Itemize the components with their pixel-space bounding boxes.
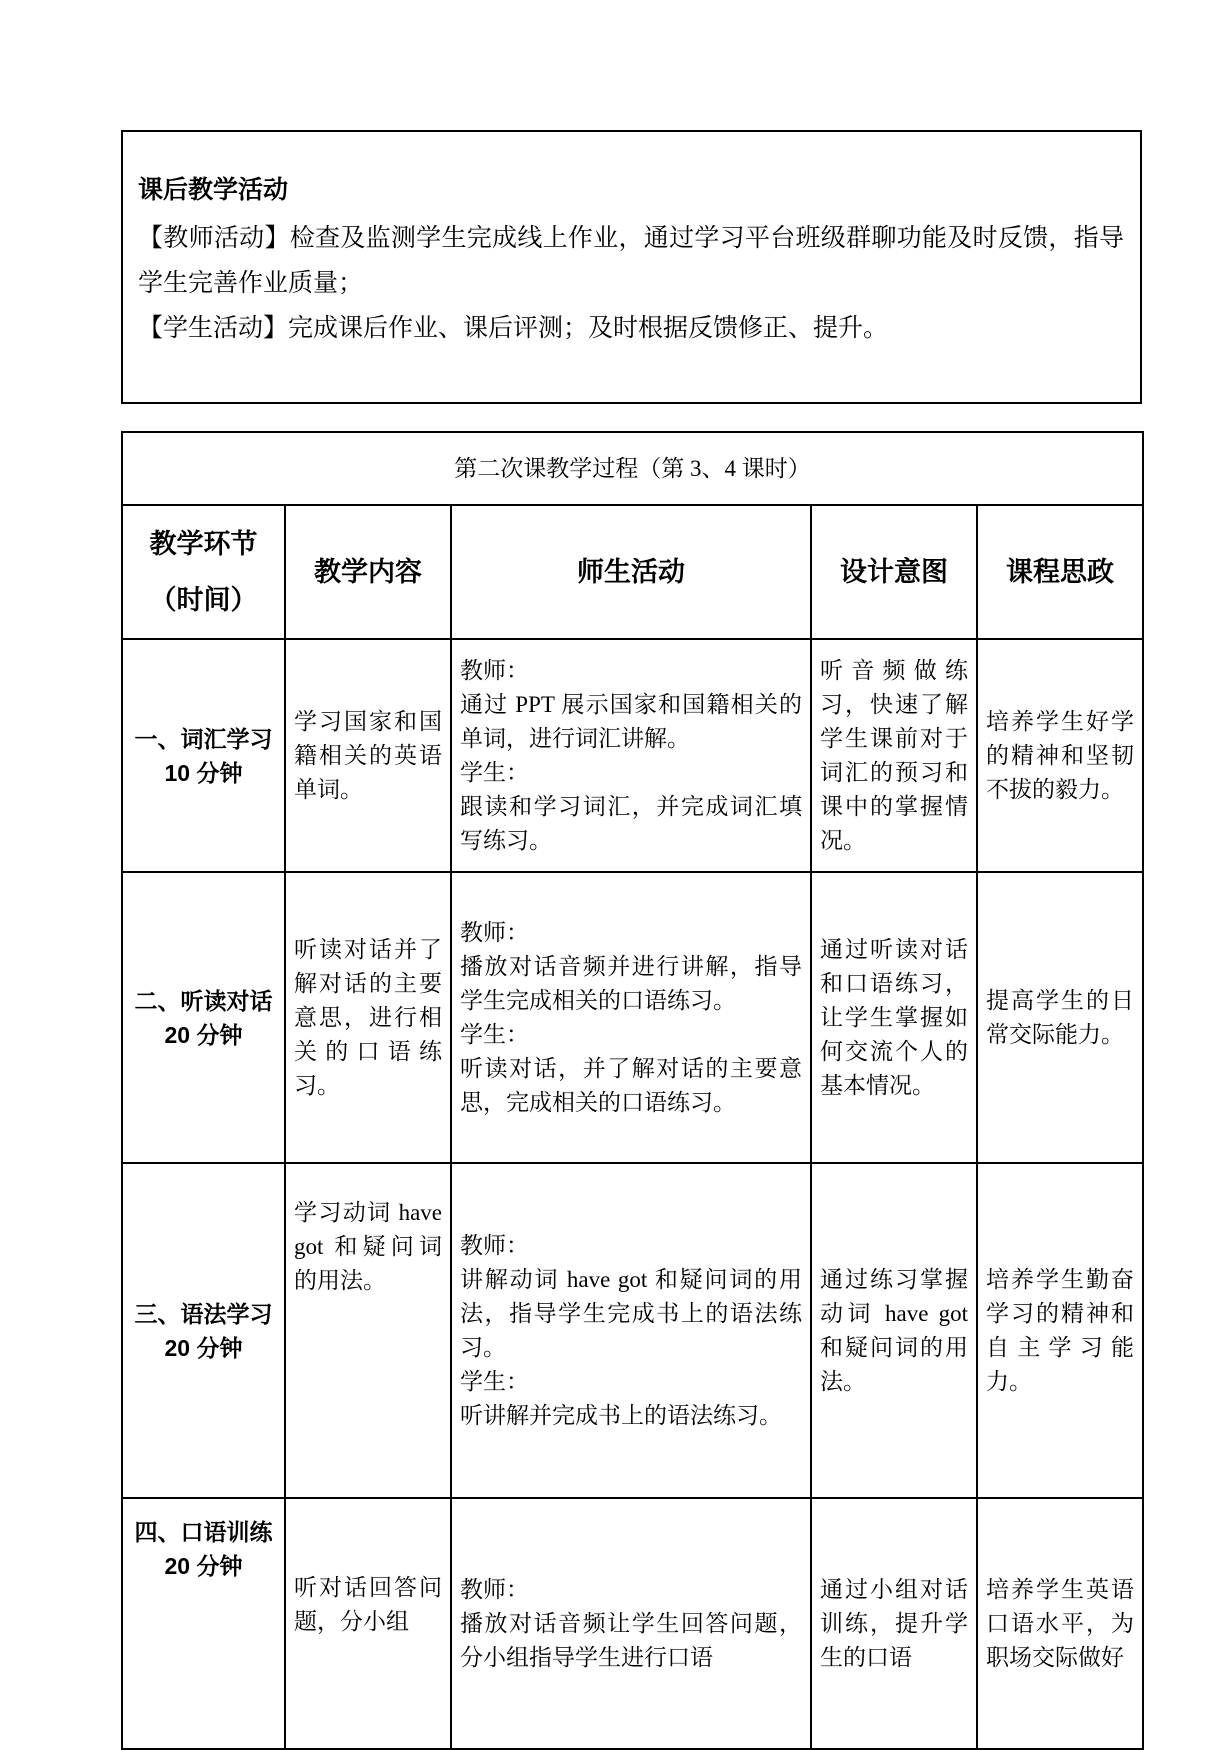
ideology-cell: 提高学生的日常交际能力。 xyxy=(977,872,1143,1163)
header-ideology: 课程思政 xyxy=(977,505,1143,639)
content-cell: 学习动词 have got 和疑问词的用法。 xyxy=(285,1163,451,1498)
table-title-row: 第二次课教学过程（第 3、4 课时） xyxy=(122,432,1143,505)
student-text: 跟读和学习词汇，并完成词汇填写练习。 xyxy=(460,790,802,858)
stage-duration: 20 分钟 xyxy=(131,1549,276,1583)
ideology-cell: 培养学生英语口语水平，为职场交际做好 xyxy=(977,1498,1143,1749)
intent-cell: 听音频做练习，快速了解学生课前对于词汇的预习和课中的掌握情况。 xyxy=(811,639,977,872)
ideology-cell: 培养学生勤奋学习的精神和自主学习能力。 xyxy=(977,1163,1143,1498)
intent-cell: 通过练习掌握动词 have got 和疑问词的用法。 xyxy=(811,1163,977,1498)
stage-name: 一、词汇学习 xyxy=(131,722,276,756)
stage-duration: 10 分钟 xyxy=(131,756,276,790)
student-label: 学生： xyxy=(460,756,802,790)
post-class-activity-box: 课后教学活动 【教师活动】检查及监测学生完成线上作业，通过学习平台班级群聊功能及… xyxy=(121,130,1142,404)
table-header-row: 教学环节 （时间） 教学内容 师生活动 设计意图 课程思政 xyxy=(122,505,1143,639)
table-row: 四、口语训练 20 分钟 听对话回答问题，分小组 教师： 播放对话音频让学生回答… xyxy=(122,1498,1143,1749)
header-stage: 教学环节 （时间） xyxy=(122,505,285,639)
student-label: 学生： xyxy=(460,1365,802,1399)
student-label: 学生： xyxy=(460,1018,802,1052)
stage-duration: 20 分钟 xyxy=(131,1018,276,1052)
teacher-text: 播放对话音频让学生回答问题，分小组指导学生进行口语 xyxy=(460,1607,802,1675)
stage-cell: 四、口语训练 20 分钟 xyxy=(122,1498,285,1749)
activities-cell: 教师： 播放对话音频让学生回答问题，分小组指导学生进行口语 xyxy=(451,1498,811,1749)
ideology-cell: 培养学生好学的精神和坚韧不拔的毅力。 xyxy=(977,639,1143,872)
stage-cell: 二、听读对话 20 分钟 xyxy=(122,872,285,1163)
header-stage-line2: （时间） xyxy=(131,572,276,628)
teacher-text: 通过 PPT 展示国家和国籍相关的单词，进行词汇讲解。 xyxy=(460,688,802,756)
teacher-activity-paragraph: 【教师活动】检查及监测学生完成线上作业，通过学习平台班级群聊功能及时反馈，指导学… xyxy=(138,216,1124,306)
teacher-text: 讲解动词 have got 和疑问词的用法，指导学生完成书上的语法练习。 xyxy=(460,1263,802,1365)
teacher-label: 教师： xyxy=(460,654,802,688)
stage-name: 二、听读对话 xyxy=(131,984,276,1018)
table-row: 一、词汇学习 10 分钟 学习国家和国籍相关的英语单词。 教师： 通过 PPT … xyxy=(122,639,1143,872)
teacher-label: 教师： xyxy=(460,1229,802,1263)
content-cell: 学习国家和国籍相关的英语单词。 xyxy=(285,639,451,872)
header-activities: 师生活动 xyxy=(451,505,811,639)
table-title: 第二次课教学过程（第 3、4 课时） xyxy=(122,432,1143,505)
teacher-label: 教师： xyxy=(460,1573,802,1607)
student-text: 听读对话，并了解对话的主要意思，完成相关的口语练习。 xyxy=(460,1052,802,1120)
table-row: 三、语法学习 20 分钟 学习动词 have got 和疑问词的用法。 教师： … xyxy=(122,1163,1143,1498)
activities-cell: 教师： 播放对话音频并进行讲解，指导学生完成相关的口语练习。 学生： 听读对话，… xyxy=(451,872,811,1163)
table-row: 二、听读对话 20 分钟 听读对话并了解对话的主要意思，进行相关的口语练习。 教… xyxy=(122,872,1143,1163)
intent-cell: 通过听读对话和口语练习，让学生掌握如何交流个人的基本情况。 xyxy=(811,872,977,1163)
student-activity-paragraph: 【学生活动】完成课后作业、课后评测；及时根据反馈修正、提升。 xyxy=(138,306,1124,351)
content-cell: 听对话回答问题，分小组 xyxy=(285,1498,451,1749)
teacher-text: 播放对话音频并进行讲解，指导学生完成相关的口语练习。 xyxy=(460,950,802,1018)
content-cell: 听读对话并了解对话的主要意思，进行相关的口语练习。 xyxy=(285,872,451,1163)
stage-cell: 一、词汇学习 10 分钟 xyxy=(122,639,285,872)
document-page: 课后教学活动 【教师活动】检查及监测学生完成线上作业，通过学习平台班级群聊功能及… xyxy=(0,0,1229,1724)
intent-cell: 通过小组对话训练，提升学生的口语 xyxy=(811,1498,977,1749)
stage-cell: 三、语法学习 20 分钟 xyxy=(122,1163,285,1498)
activities-cell: 教师： 讲解动词 have got 和疑问词的用法，指导学生完成书上的语法练习。… xyxy=(451,1163,811,1498)
stage-duration: 20 分钟 xyxy=(131,1331,276,1365)
activities-cell: 教师： 通过 PPT 展示国家和国籍相关的单词，进行词汇讲解。 学生： 跟读和学… xyxy=(451,639,811,872)
post-class-box-title: 课后教学活动 xyxy=(138,174,1124,206)
header-stage-line1: 教学环节 xyxy=(131,516,276,572)
stage-name: 四、口语训练 xyxy=(131,1515,276,1549)
teacher-label: 教师： xyxy=(460,916,802,950)
header-content: 教学内容 xyxy=(285,505,451,639)
header-intent: 设计意图 xyxy=(811,505,977,639)
lesson-process-table: 第二次课教学过程（第 3、4 课时） 教学环节 （时间） 教学内容 师生活动 设… xyxy=(121,431,1144,1750)
stage-name: 三、语法学习 xyxy=(131,1297,276,1331)
student-text: 听讲解并完成书上的语法练习。 xyxy=(460,1399,802,1433)
